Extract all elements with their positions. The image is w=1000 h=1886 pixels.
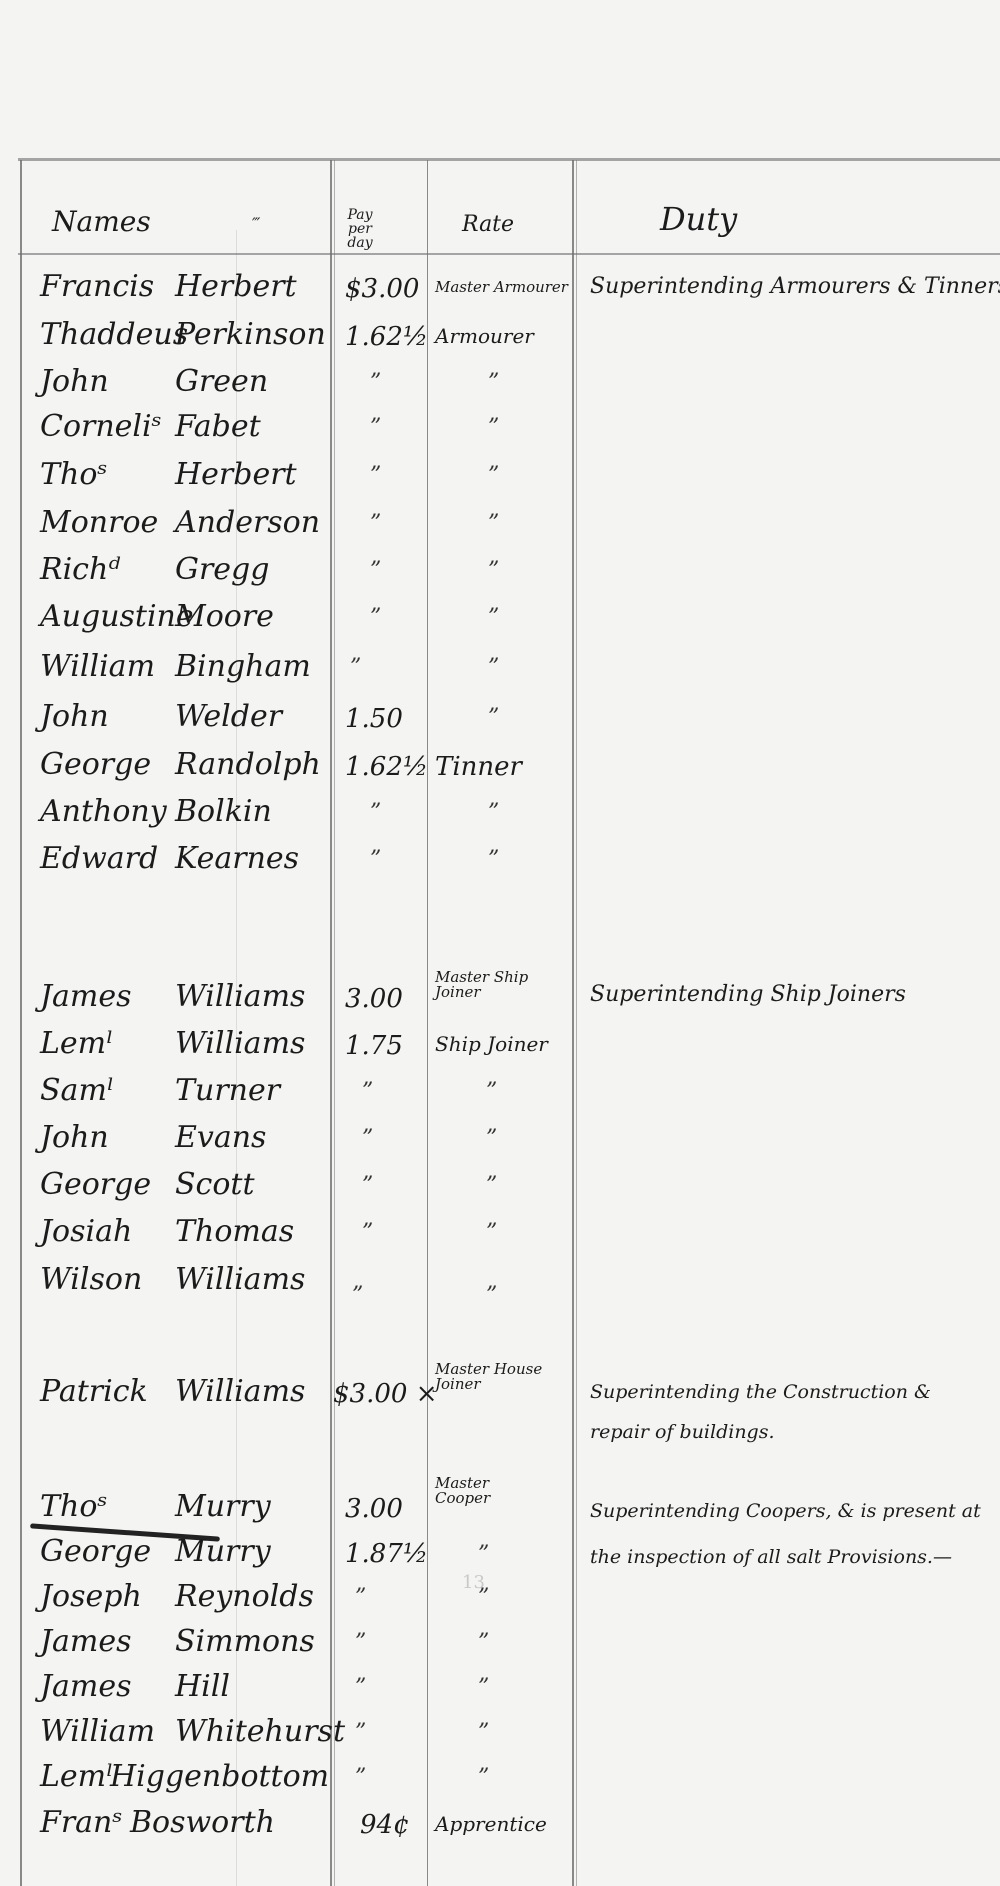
pay-ditto: ” [370, 372, 381, 394]
pay-ditto: ” [362, 1222, 373, 1244]
names-pay-divider [330, 160, 332, 1886]
pay-ditto: ” [362, 1081, 373, 1103]
ledger-page: Names ‴ Pay per day Rate Duty Francis He… [0, 0, 1000, 1886]
pay: 1.87½ [345, 1541, 428, 1567]
last-name: Welder [175, 702, 282, 732]
first-name: Francis [40, 272, 154, 302]
rate-ditto: ” [488, 849, 499, 871]
pay-ditto: ” [370, 465, 381, 487]
pay-ditto: ” [370, 607, 381, 629]
first-name: Lemˡ [40, 1762, 113, 1792]
pay: 1.50 [345, 706, 403, 732]
pay-ditto: ” [352, 1285, 363, 1307]
rate-ditto: ” [488, 372, 499, 394]
header-rule [18, 253, 1000, 255]
last-name: Whitehurst [175, 1717, 345, 1747]
rate-ditto: ” [488, 465, 499, 487]
first-name: Edward [40, 844, 158, 874]
last-name: Fabet [175, 412, 261, 442]
last-name: Green [175, 367, 268, 397]
pay-ditto: ” [355, 1587, 366, 1609]
pay-ditto: ” [370, 560, 381, 582]
rate: Armourer [435, 326, 534, 346]
first-name: Joseph [40, 1582, 142, 1612]
pay-ditto: ” [362, 1175, 373, 1197]
pay: 3.00 [345, 1496, 403, 1522]
last-name: Higgenbottom [110, 1762, 329, 1792]
pay: $3.00 [345, 276, 419, 302]
pay-ditto: ” [350, 657, 361, 679]
rate-duty-divider [572, 160, 574, 1886]
pay-ditto: ” [355, 1767, 366, 1789]
first-name: Augustine [40, 602, 194, 632]
last-name: Gregg [175, 555, 269, 585]
rate: Master Armourer [435, 280, 568, 295]
first-name: Richᵈ [40, 555, 120, 585]
pay-ditto: ” [362, 1128, 373, 1150]
last-name: Williams [175, 982, 305, 1012]
rate-ditto: ” [488, 417, 499, 439]
last-name: Bingham [175, 652, 311, 682]
first-name: James [40, 1672, 132, 1702]
duty: Superintending Coopers, & is present at … [590, 1488, 990, 1580]
first-name: Corneliˢ [40, 412, 162, 442]
last-name: Anderson [175, 508, 320, 538]
first-name: Wilson [40, 1265, 142, 1295]
last-name: Moore [175, 602, 274, 632]
last-name: Murry [175, 1537, 271, 1567]
last-name: Randolph [175, 750, 321, 780]
first-name: James [40, 982, 132, 1012]
pay: 1.62½ [345, 754, 428, 780]
first-name: Franˢ [40, 1808, 122, 1838]
pay-ditto: ” [370, 849, 381, 871]
first-name: John [40, 702, 109, 732]
last-name: Herbert [175, 272, 297, 302]
top-rule [18, 158, 1000, 161]
first-name: William [40, 1717, 155, 1747]
pay: 1.62½ [345, 324, 428, 350]
first-name: James [40, 1627, 132, 1657]
duty: Superintending the Construction & repair… [590, 1372, 990, 1452]
last-name: Murry [175, 1492, 271, 1522]
first-name: George [40, 1170, 151, 1200]
rate-ditto: ” [478, 1767, 489, 1789]
pay-ditto: ” [355, 1722, 366, 1744]
last-name: Bolkin [175, 797, 272, 827]
rate-ditto: ” [478, 1677, 489, 1699]
rate: Ship Joiner [435, 1034, 548, 1054]
first-name: George [40, 1537, 151, 1567]
first-name: Thoˢ [40, 460, 108, 490]
pay: 1.75 [345, 1033, 403, 1059]
rate-ditto: ” [478, 1587, 489, 1609]
header-ditto: ‴ [252, 214, 260, 233]
last-name: Evans [175, 1123, 266, 1153]
duty: Superintending Armourers & Tinners, [590, 276, 1000, 298]
first-name: Thoˢ [40, 1492, 108, 1522]
last-name: Hill [175, 1672, 230, 1702]
last-name: Kearnes [175, 844, 299, 874]
first-name: Samˡ [40, 1076, 114, 1106]
first-name: Patrick [40, 1377, 148, 1407]
rate-ditto: ” [478, 1544, 489, 1566]
last-name: Turner [175, 1076, 280, 1106]
header-duty: Duty [660, 200, 737, 238]
first-name: Monroe [40, 508, 158, 538]
rate-ditto: ” [488, 802, 499, 824]
pay-ditto: ” [355, 1632, 366, 1654]
last-name: Williams [175, 1265, 305, 1295]
rate: Master House Joiner [435, 1362, 565, 1392]
rate-ditto: ” [486, 1081, 497, 1103]
last-name: Simmons [175, 1627, 315, 1657]
rate-ditto: ” [486, 1285, 497, 1307]
rate-ditto: ” [488, 513, 499, 535]
rate-ditto: ” [488, 657, 499, 679]
pay-ditto: ” [370, 417, 381, 439]
duty: Superintending Ship Joiners [590, 984, 906, 1006]
last-name: Williams [175, 1029, 305, 1059]
rate-ditto: ” [488, 607, 499, 629]
pay: 94¢ [360, 1812, 410, 1838]
last-name: Williams [175, 1377, 305, 1407]
rate: Master Cooper [435, 1476, 505, 1506]
first-name: Josiah [40, 1217, 132, 1247]
last-name: Reynolds [175, 1582, 314, 1612]
rate: Apprentice [435, 1814, 547, 1834]
rate-ditto: ” [488, 560, 499, 582]
pay-rate-divider [427, 160, 428, 1886]
first-name: Anthony [40, 797, 167, 827]
first-name: William [40, 652, 155, 682]
header-rate: Rate [462, 212, 514, 237]
first-name: John [40, 367, 109, 397]
pay-ditto: ” [370, 802, 381, 824]
rate-ditto: ” [478, 1722, 489, 1744]
rate-ditto: ” [488, 707, 499, 729]
rate: Tinner [435, 754, 522, 780]
rate-duty-divider-inner [576, 160, 577, 1886]
first-name: George [40, 750, 151, 780]
rate-ditto: ” [478, 1632, 489, 1654]
names-pay-divider-inner [334, 160, 335, 1886]
first-name: Thaddeus [40, 320, 188, 350]
rate: Master Ship Joiner [435, 970, 565, 1000]
last-name: Herbert [175, 460, 297, 490]
pay: $3.00 × [333, 1381, 437, 1407]
header-pay-per-day: Pay per day [338, 208, 382, 250]
rate-ditto: ” [486, 1175, 497, 1197]
last-name: Perkinson [175, 320, 326, 350]
left-margin-rule [20, 160, 22, 1886]
last-name: Scott [175, 1170, 255, 1200]
first-name: Lemˡ [40, 1029, 113, 1059]
rate-ditto: ” [486, 1128, 497, 1150]
first-name: John [40, 1123, 109, 1153]
rate-ditto: ” [486, 1222, 497, 1244]
last-name: Bosworth [130, 1808, 275, 1838]
pay-ditto: ” [370, 513, 381, 535]
pay-ditto: ” [355, 1677, 366, 1699]
header-names: Names [52, 205, 151, 238]
last-name: Thomas [175, 1217, 294, 1247]
pay: 3.00 [345, 986, 403, 1012]
